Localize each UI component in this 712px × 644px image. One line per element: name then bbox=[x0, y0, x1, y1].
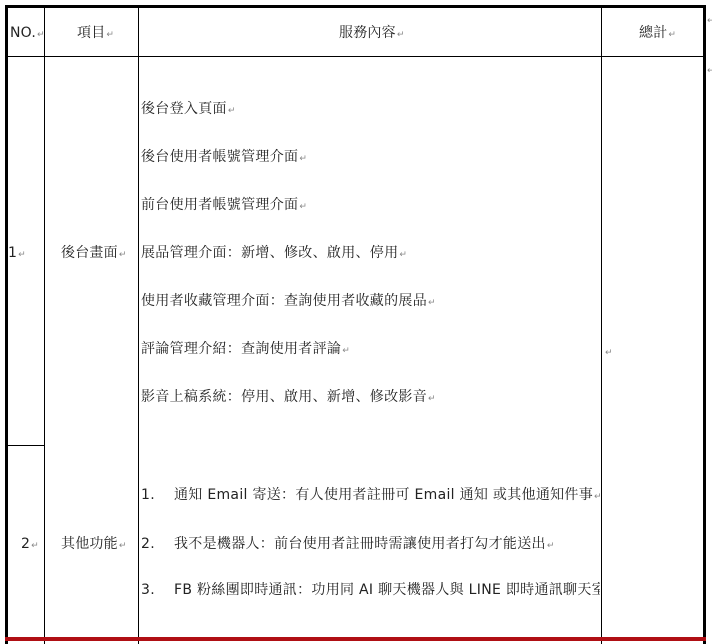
paragraph-mark-outside-mid: ↵ bbox=[707, 66, 712, 76]
col-divider-2 bbox=[138, 8, 139, 644]
paragraph-mark: ↵ bbox=[119, 541, 127, 551]
row-2-item-value: 其他功能 bbox=[61, 536, 118, 552]
header-no: NO.↵ bbox=[10, 25, 45, 43]
paragraph-mark: ↵ bbox=[428, 298, 436, 308]
service-text: 後台登入頁面 bbox=[141, 101, 227, 117]
list-number: 2. bbox=[141, 536, 174, 552]
list-number: 1. bbox=[141, 487, 174, 503]
paragraph-mark: ↵ bbox=[399, 250, 407, 260]
paragraph-mark: ↵ bbox=[31, 541, 39, 551]
total-cell: ↵ bbox=[604, 343, 613, 361]
row-1-service-4: 展品管理介面：新增、修改、啟用、停用↵ bbox=[141, 245, 407, 263]
table-border-right bbox=[703, 5, 706, 644]
service-text: 展品管理介面：新增、修改、啟用、停用 bbox=[141, 245, 398, 261]
row-1-service-2: 後台使用者帳號管理介面↵ bbox=[141, 149, 307, 167]
header-total: 總計↵ bbox=[639, 25, 676, 43]
paragraph-mark: ↵ bbox=[342, 346, 350, 356]
table-border-left bbox=[5, 5, 8, 644]
paragraph-mark: ↵ bbox=[106, 30, 114, 40]
service-text: 使用者收藏管理介面：查詢使用者收藏的展品 bbox=[141, 293, 427, 309]
row-2-service-3: 3.FB 粉絲團即時通訊：功用同 AI 聊天機器人與 LINE 即時通訊聊天室 bbox=[141, 582, 600, 598]
paragraph-mark: ↵ bbox=[37, 30, 45, 40]
paragraph-mark: ↵ bbox=[299, 154, 307, 164]
header-divider bbox=[8, 56, 703, 57]
service-text: 影音上稿系統：停用、啟用、新增、修改影音 bbox=[141, 389, 427, 405]
row-1-service-6: 評論管理介紹：查詢使用者評論↵ bbox=[141, 341, 350, 359]
service-text: 通知 Email 寄送：有人使用者註冊可 Email 通知 或其他通知件事 bbox=[174, 487, 593, 503]
row-2-no: 2↵ bbox=[21, 536, 39, 554]
row-2-service-1: 1.通知 Email 寄送：有人使用者註冊可 Email 通知 或其他通知件事↵ bbox=[141, 487, 602, 505]
row-2-service-2: 2.我不是機器人：前台使用者註冊時需讓使用者打勾才能送出↵ bbox=[141, 536, 555, 554]
col-divider-1 bbox=[44, 8, 45, 644]
paragraph-mark: ↵ bbox=[299, 202, 307, 212]
header-service-label: 服務內容 bbox=[339, 25, 396, 41]
header-total-label: 總計 bbox=[639, 25, 667, 41]
paragraph-mark: ↵ bbox=[668, 30, 676, 40]
service-text: 評論管理介紹：查詢使用者評論 bbox=[141, 341, 341, 357]
header-no-label: NO. bbox=[10, 25, 36, 41]
list-number: 3. bbox=[141, 582, 174, 598]
paragraph-mark: ↵ bbox=[18, 250, 26, 260]
row-1-item-value: 後台畫面 bbox=[61, 245, 118, 261]
header-item: 項目↵ bbox=[77, 25, 114, 43]
row-1-no-value: 1 bbox=[8, 245, 17, 261]
row-2-no-value: 2 bbox=[21, 536, 30, 552]
paragraph-mark: ↵ bbox=[119, 250, 127, 260]
row-1-item: 後台畫面↵ bbox=[61, 245, 127, 263]
row-divider-no-col bbox=[8, 445, 44, 446]
row-1-service-3: 前台使用者帳號管理介面↵ bbox=[141, 197, 307, 215]
paragraph-mark: ↵ bbox=[228, 106, 236, 116]
paragraph-mark: ↵ bbox=[547, 541, 555, 551]
service-text: FB 粉絲團即時通訊：功用同 AI 聊天機器人與 LINE 即時通訊聊天室 bbox=[174, 582, 600, 598]
row-1-service-1: 後台登入頁面↵ bbox=[141, 101, 236, 119]
paragraph-mark: ↵ bbox=[428, 394, 436, 404]
paragraph-mark-outside-top: ↵ bbox=[707, 16, 712, 26]
paragraph-mark: ↵ bbox=[397, 30, 405, 40]
paragraph-mark: ↵ bbox=[605, 348, 613, 358]
col-divider-3 bbox=[601, 8, 602, 644]
service-text: 前台使用者帳號管理介面 bbox=[141, 197, 298, 213]
header-service: 服務內容↵ bbox=[339, 25, 405, 43]
row-1-no: 1↵ bbox=[8, 245, 26, 263]
service-text: 我不是機器人：前台使用者註冊時需讓使用者打勾才能送出 bbox=[174, 536, 546, 552]
bottom-rule bbox=[5, 637, 706, 641]
row-1-service-5: 使用者收藏管理介面：查詢使用者收藏的展品↵ bbox=[141, 293, 436, 311]
row-2-item: 其他功能↵ bbox=[61, 536, 127, 554]
header-item-label: 項目 bbox=[77, 25, 105, 41]
paragraph-mark: ↵ bbox=[594, 492, 602, 502]
row-1-service-7: 影音上稿系統：停用、啟用、新增、修改影音↵ bbox=[141, 389, 436, 407]
service-text: 後台使用者帳號管理介面 bbox=[141, 149, 298, 165]
